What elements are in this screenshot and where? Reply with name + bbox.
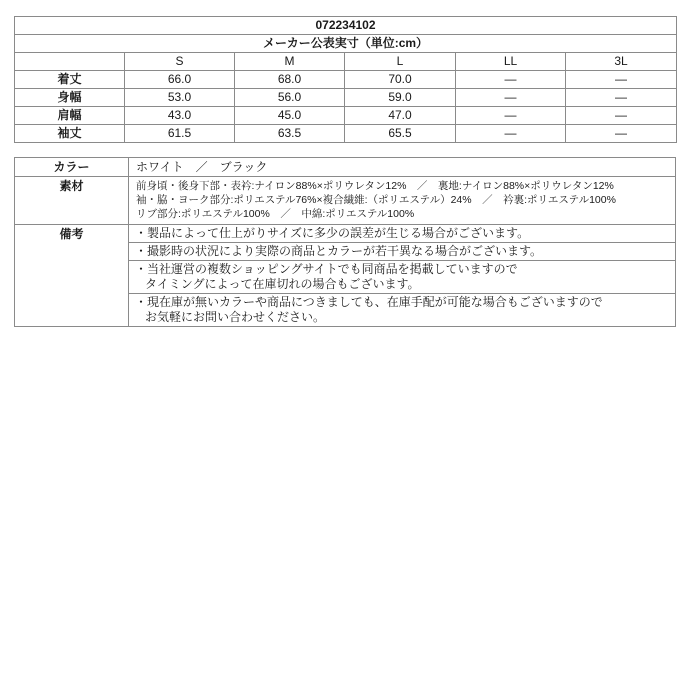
material-row: 素材 前身頃・後身下部・表衿:ナイロン88%×ポリウレタン12% ／ 裏地:ナイ… (15, 177, 676, 225)
note-item: ・製品によって仕上がりサイズに多少の誤差が生じる場合がございます。 (129, 225, 675, 242)
size-col-header-ll: LL (456, 53, 566, 71)
measurement-value: 59.0 (345, 89, 456, 107)
product-detail-table: カラー ホワイト ／ ブラック 素材 前身頃・後身下部・表衿:ナイロン88%×ポ… (14, 157, 676, 327)
color-row: カラー ホワイト ／ ブラック (15, 158, 676, 177)
table-subtitle: メーカー公表実寸（単位:cm） (15, 35, 677, 53)
table-subtitle-row: メーカー公表実寸（単位:cm） (15, 35, 677, 53)
measurement-value: 47.0 (345, 107, 456, 125)
measurement-value: 68.0 (235, 71, 345, 89)
size-header-empty-cell (15, 53, 125, 71)
measurement-value: 63.5 (235, 125, 345, 143)
notes-row: 備考 ・製品によって仕上がりサイズに多少の誤差が生じる場合がございます。 ・撮影… (15, 225, 676, 327)
notes-label: 備考 (15, 225, 129, 327)
measurement-value: 56.0 (235, 89, 345, 107)
measurement-value: 70.0 (345, 71, 456, 89)
material-value: 前身頃・後身下部・表衿:ナイロン88%×ポリウレタン12% ／ 裏地:ナイロン8… (129, 177, 676, 225)
color-value: ホワイト ／ ブラック (129, 158, 676, 177)
size-col-header-m: M (235, 53, 345, 71)
size-col-header-3l: 3L (566, 53, 677, 71)
size-spec-table: 072234102 メーカー公表実寸（単位:cm） S M L LL 3L 着丈… (14, 16, 677, 143)
measurement-value: 53.0 (125, 89, 235, 107)
measurement-value: 65.5 (345, 125, 456, 143)
size-col-header-l: L (345, 53, 456, 71)
measurement-label: 肩幅 (15, 107, 125, 125)
measurement-value: ― (566, 125, 677, 143)
product-code: 072234102 (15, 17, 677, 35)
size-header-row: S M L LL 3L (15, 53, 677, 71)
measurement-value: 45.0 (235, 107, 345, 125)
measurement-value: ― (566, 71, 677, 89)
measurement-value: ― (456, 125, 566, 143)
material-line: 前身頃・後身下部・表衿:ナイロン88%×ポリウレタン12% ／ 裏地:ナイロン8… (136, 179, 673, 193)
measurement-row-body-width: 身幅 53.0 56.0 59.0 ― ― (15, 89, 677, 107)
measurement-label: 着丈 (15, 71, 125, 89)
size-col-header-s: S (125, 53, 235, 71)
note-item: ・当社運営の複数ショッピングサイトでも同商品を掲載していますので タイミングによ… (129, 260, 675, 293)
measurement-value: ― (456, 71, 566, 89)
measurement-value: ― (566, 89, 677, 107)
measurement-label: 身幅 (15, 89, 125, 107)
note-item: ・撮影時の状況により実際の商品とカラーが若干異なる場合がございます。 (129, 242, 675, 260)
note-item: ・現在庫が無いカラーや商品につきましても、在庫手配が可能な場合もございますので … (129, 293, 675, 326)
measurement-value: ― (566, 107, 677, 125)
material-line: リブ部分:ポリエステル100% ／ 中綿:ポリエステル100% (136, 207, 673, 221)
measurement-value: 66.0 (125, 71, 235, 89)
measurement-value: ― (456, 107, 566, 125)
product-code-row: 072234102 (15, 17, 677, 35)
measurement-value: 43.0 (125, 107, 235, 125)
color-label: カラー (15, 158, 129, 177)
notes-value: ・製品によって仕上がりサイズに多少の誤差が生じる場合がございます。 ・撮影時の状… (129, 225, 676, 327)
measurement-row-shoulder-width: 肩幅 43.0 45.0 47.0 ― ― (15, 107, 677, 125)
measurement-row-sleeve-length: 袖丈 61.5 63.5 65.5 ― ― (15, 125, 677, 143)
material-line: 袖・脇・ヨーク部分:ポリエステル76%×複合繊維:（ポリエステル）24% ／ 衿… (136, 193, 673, 207)
measurement-label: 袖丈 (15, 125, 125, 143)
material-label: 素材 (15, 177, 129, 225)
measurement-value: ― (456, 89, 566, 107)
measurement-value: 61.5 (125, 125, 235, 143)
measurement-row-length: 着丈 66.0 68.0 70.0 ― ― (15, 71, 677, 89)
